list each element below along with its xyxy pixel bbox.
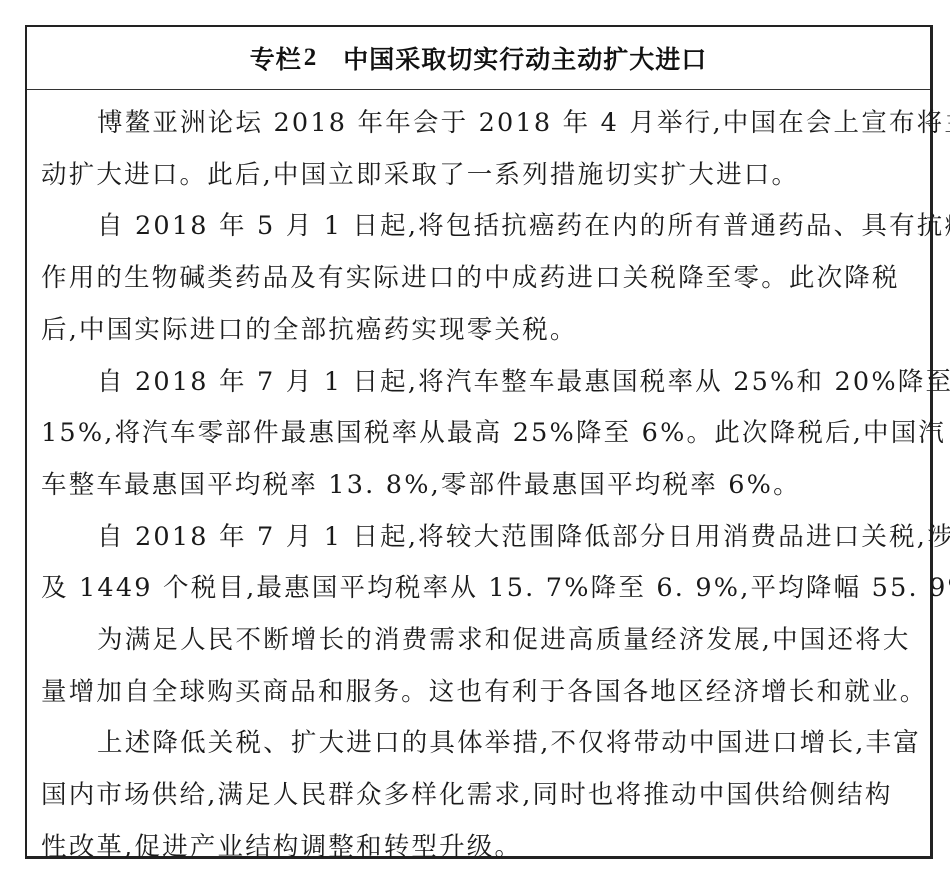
sidebar-box: 专栏 2 中国采取切实行动主动扩大进口 博鳌亚洲论坛 2018 年年会于 201… <box>25 25 933 859</box>
paragraph-1: 博鳌亚洲论坛 2018 年年会于 2018 年 4 月举行,中国在会上宣布将主 … <box>41 98 916 201</box>
paragraph-5: 为满足人民不断增长的消费需求和促进高质量经济发展,中国还将大 量增加自全球购买商… <box>41 615 916 718</box>
text-line: 车整车最惠国平均税率 13. 8%,零部件最惠国平均税率 6%。 <box>41 460 916 512</box>
paragraph-4: 自 2018 年 7 月 1 日起,将较大范围降低部分日用消费品进口关税,涉 及… <box>41 512 916 615</box>
paragraph-3: 自 2018 年 7 月 1 日起,将汽车整车最惠国税率从 25%和 20%降至… <box>41 357 916 512</box>
text-line: 自 2018 年 7 月 1 日起,将汽车整车最惠国税率从 25%和 20%降至 <box>41 357 916 409</box>
text-line: 国内市场供给,满足人民群众多样化需求,同时也将推动中国供给侧结构 <box>41 770 916 822</box>
text-line: 量增加自全球购买商品和服务。这也有利于各国各地区经济增长和就业。 <box>41 667 916 719</box>
text-line: 性改革,促进产业结构调整和转型升级。 <box>41 822 916 873</box>
text-line: 自 2018 年 7 月 1 日起,将较大范围降低部分日用消费品进口关税,涉 <box>41 512 916 564</box>
box-title: 中国采取切实行动主动扩大进口 <box>343 40 707 76</box>
paragraph-2: 自 2018 年 5 月 1 日起,将包括抗癌药在内的所有普通药品、具有抗癌 作… <box>41 201 916 356</box>
box-title-row: 专栏 2 中国采取切实行动主动扩大进口 <box>27 27 930 90</box>
text-line: 上述降低关税、扩大进口的具体举措,不仅将带动中国进口增长,丰富 <box>41 718 916 770</box>
text-line: 15%,将汽车零部件最惠国税率从最高 25%降至 6%。此次降税后,中国汽 <box>41 408 916 460</box>
text-line: 博鳌亚洲论坛 2018 年年会于 2018 年 4 月举行,中国在会上宣布将主 <box>41 98 916 150</box>
text-line: 自 2018 年 5 月 1 日起,将包括抗癌药在内的所有普通药品、具有抗癌 <box>41 201 916 253</box>
text-line: 后,中国实际进口的全部抗癌药实现零关税。 <box>41 305 916 357</box>
text-line: 作用的生物碱类药品及有实际进口的中成药进口关税降至零。此次降税 <box>41 253 916 305</box>
text-line: 动扩大进口。此后,中国立即采取了一系列措施切实扩大进口。 <box>41 150 916 202</box>
box-body: 博鳌亚洲论坛 2018 年年会于 2018 年 4 月举行,中国在会上宣布将主 … <box>27 90 930 873</box>
box-number: 2 <box>304 44 318 72</box>
paragraph-6: 上述降低关税、扩大进口的具体举措,不仅将带动中国进口增长,丰富 国内市场供给,满… <box>41 718 916 873</box>
text-line: 及 1449 个税目,最惠国平均税率从 15. 7%降至 6. 9%,平均降幅 … <box>41 563 916 615</box>
text-line: 为满足人民不断增长的消费需求和促进高质量经济发展,中国还将大 <box>41 615 916 667</box>
box-label: 专栏 <box>250 40 302 76</box>
